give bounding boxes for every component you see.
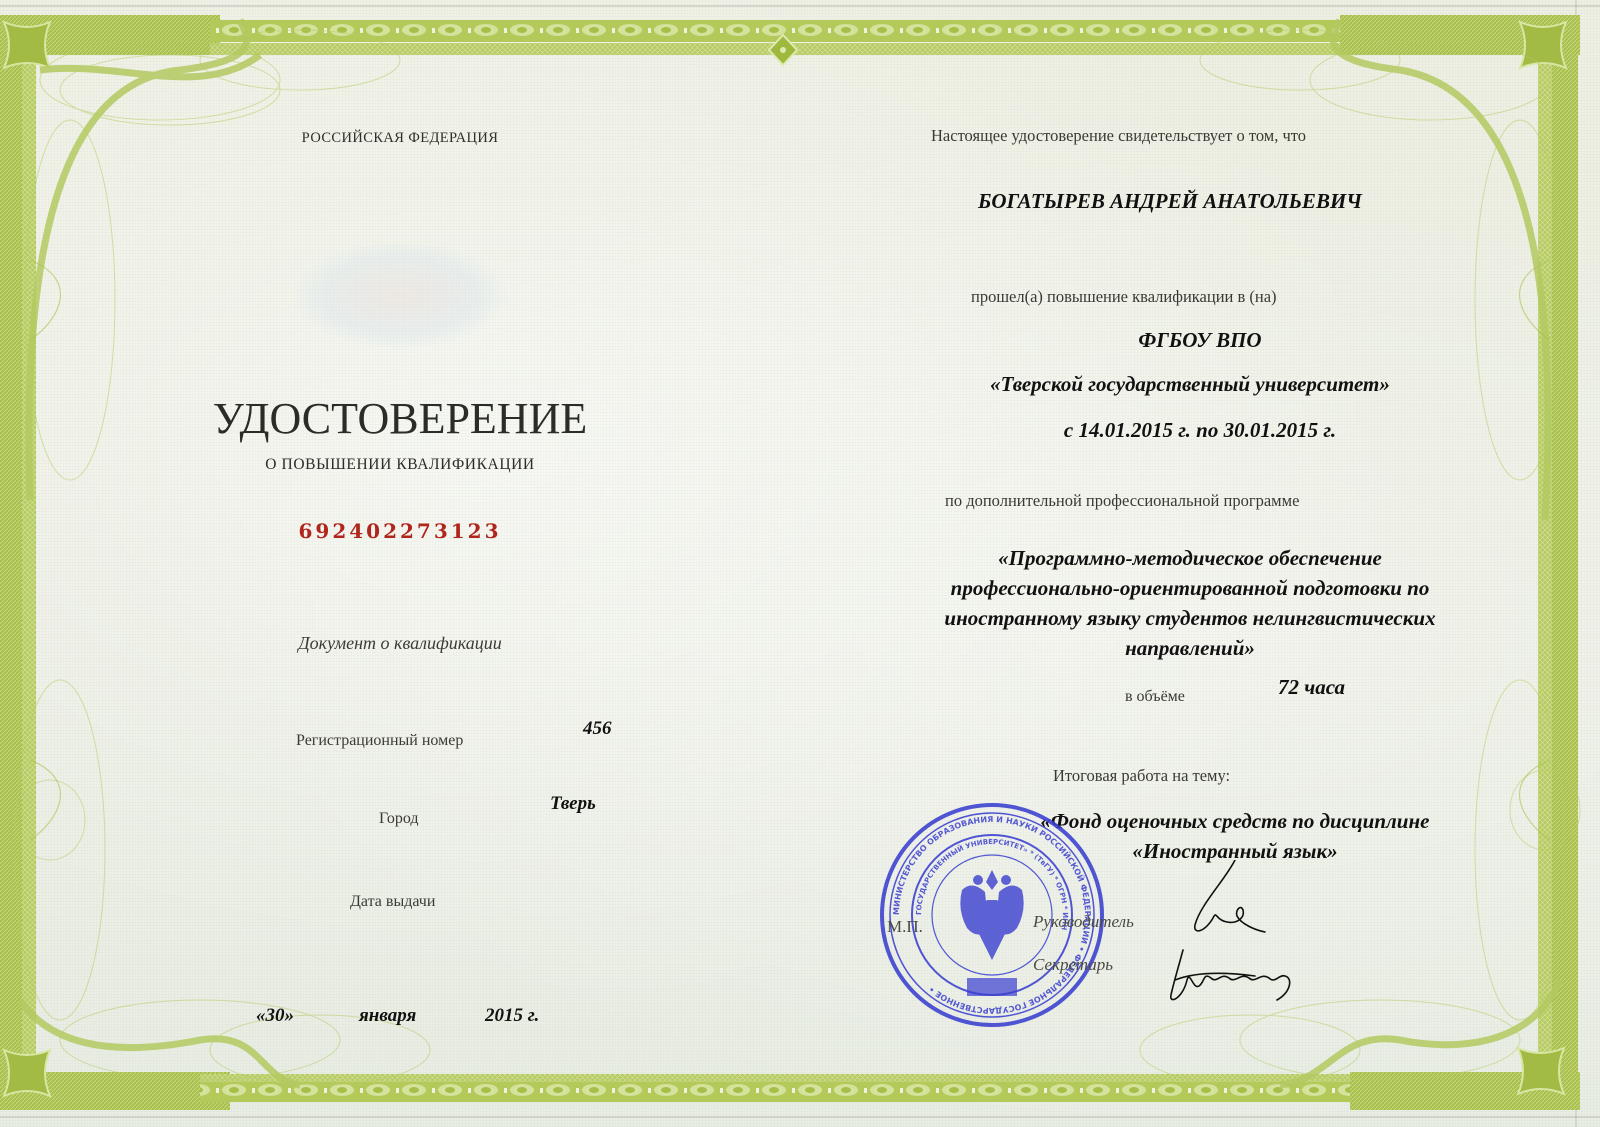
issue-year: 2015 г. (485, 1005, 539, 1027)
institution-type: ФГБОУ ВПО (970, 328, 1430, 353)
country-heading: РОССИЙСКАЯ ФЕДЕРАЦИЯ (250, 130, 550, 147)
handwritten-signatures (1165, 860, 1305, 1020)
city-value: Тверь (550, 793, 596, 815)
certificate-subtitle: О ПОВЫШЕНИИ КВАЛИФИКАЦИИ (190, 456, 610, 474)
completed-label: прошел(а) повышение квалификации в (на) (971, 287, 1277, 307)
issue-date-label: Дата выдачи (350, 893, 435, 911)
program-title-line: профессионально-ориентированной подготов… (900, 573, 1480, 603)
volume-label: в объёме (1125, 688, 1185, 706)
issue-day: «30» (256, 1005, 294, 1027)
certificate-title: УДОСТОВЕРЕНИЕ (190, 393, 610, 444)
program-title-line: иностранному языку студентов нелингвисти… (900, 603, 1480, 633)
program-title-line: «Программно-методическое обеспечение (900, 543, 1480, 573)
city-label: Город (379, 810, 419, 828)
program-title-line: направлений» (900, 633, 1480, 663)
registration-label: Регистрационный номер (296, 732, 463, 750)
head-signature-label: Руководитель (1033, 912, 1134, 932)
registration-value: 456 (583, 718, 612, 740)
final-work-label: Итоговая работа на тему: (1053, 766, 1230, 786)
serial-number: 692402273123 (190, 519, 610, 543)
intro-text: Настоящее удостоверение свидетельствует … (931, 126, 1306, 146)
recipient-name: БОГАТЫРЕВ АНДРЕЙ АНАТОЛЬЕВИЧ (978, 189, 1362, 214)
volume-value: 72 часа (1278, 675, 1345, 700)
watermark-emblem (290, 240, 510, 350)
training-period: с 14.01.2015 г. по 30.01.2015 г. (970, 418, 1430, 443)
certificate-document: РОССИЙСКАЯ ФЕДЕРАЦИЯ УДОСТОВЕРЕНИЕ О ПОВ… (0, 0, 1600, 1127)
program-label: по дополнительной профессиональной прогр… (945, 491, 1299, 511)
institution-name: «Тверской государственный университет» (950, 372, 1430, 397)
program-title: «Программно-методическое обеспечение про… (900, 543, 1480, 663)
secretary-signature-label: Секретарь (1033, 955, 1113, 975)
document-type: Документ о квалификации (190, 633, 610, 654)
issue-month: января (359, 1005, 416, 1027)
seal-label: М.П. (887, 917, 923, 937)
